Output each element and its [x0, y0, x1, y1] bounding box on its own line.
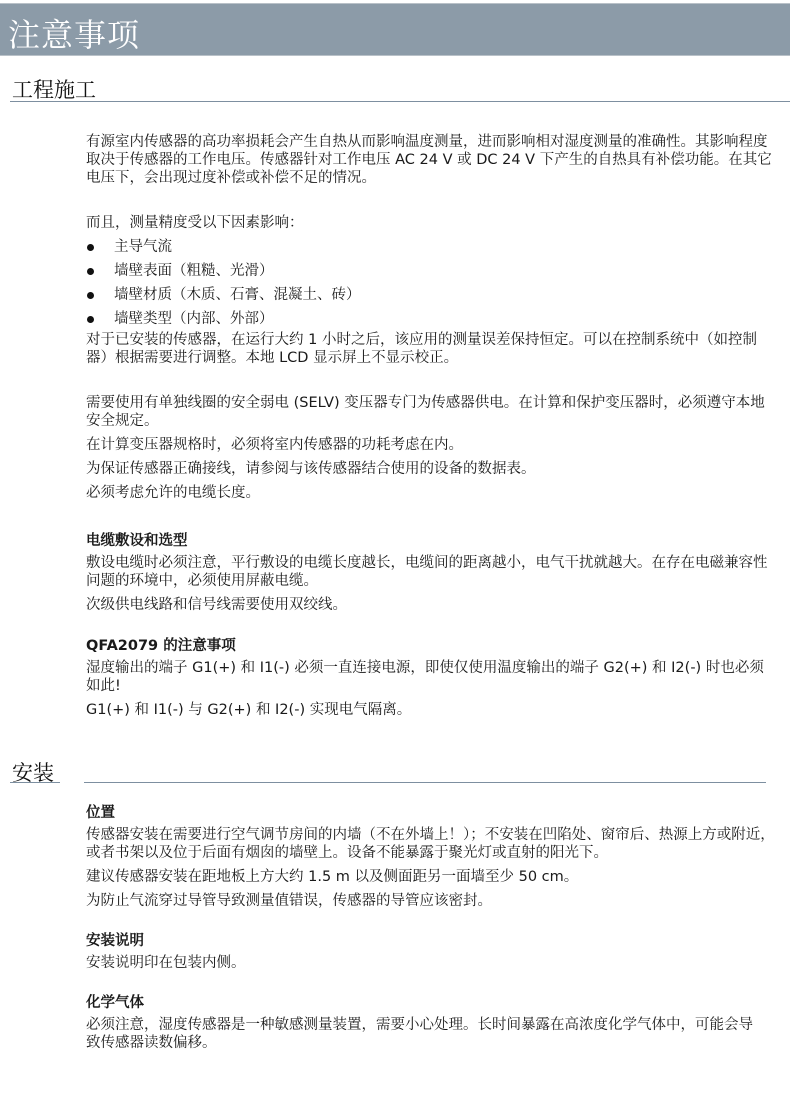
paragraph: 次级供电线路和信号线需要使用双绞线。 — [86, 596, 776, 614]
paragraph: 而且，测量精度受以下因素影响： — [86, 214, 776, 232]
paragraph: 敷设电缆时必须注意，平行敷设的电缆长度越长，电缆间的距离越小，电气干扰就越大。在… — [86, 554, 776, 590]
page-banner: 注意事项 — [0, 3, 790, 56]
subheading-location: 位置 — [86, 804, 776, 822]
paragraph: 湿度输出的端子 G1(+) 和 I1(-) 必须一直连接电源，即使仅使用温度输出… — [86, 659, 776, 695]
section-heading-engineering: 工程施工 — [12, 74, 96, 104]
paragraph: 安装说明印在包装内侧。 — [86, 954, 776, 972]
paragraph: G1(+) 和 I1(-) 与 G2(+) 和 I2(-) 实现电气隔离。 — [86, 701, 776, 719]
section-heading-underline — [10, 782, 60, 783]
paragraph: 建议传感器安装在距地板上方大约 1.5 m 以及侧面距另一面墙至少 50 cm。 — [86, 868, 776, 886]
subheading-cable: 电缆敷设和选型 — [86, 532, 776, 550]
paragraph: 在计算变压器规格时，必须将室内传感器的功耗考虑在内。 — [86, 436, 776, 454]
list-item: 墙壁类型（内部、外部） — [86, 307, 776, 331]
bullet-icon — [87, 292, 94, 299]
paragraph: 为防止气流穿过导管导致测量值错误，传感器的导管应该密封。 — [86, 892, 776, 910]
section-divider — [84, 782, 766, 783]
paragraph: 传感器安装在需要进行空气调节房间的内墙（不在外墙上！）；不安装在凹陷处、窗帘后、… — [86, 826, 776, 862]
list-item-label: 墙壁类型（内部、外部） — [114, 311, 274, 327]
engineering-content: 有源室内传感器的高功率损耗会产生自热从而影响温度测量，进而影响相对湿度测量的准确… — [86, 133, 776, 719]
list-item: 主导气流 — [86, 235, 776, 259]
page-title: 注意事项 — [8, 10, 140, 56]
paragraph: 有源室内传感器的高功率损耗会产生自热从而影响温度测量，进而影响相对湿度测量的准确… — [86, 133, 776, 187]
factor-list: 主导气流 墙壁表面（粗糙、光滑） 墙壁材质（木质、石膏、混凝土、砖） 墙壁类型（… — [86, 235, 776, 331]
subheading-chemical: 化学气体 — [86, 994, 776, 1012]
paragraph: 必须考虑允许的电缆长度。 — [86, 484, 776, 502]
list-item: 墙壁材质（木质、石膏、混凝土、砖） — [86, 283, 776, 307]
subheading-instructions: 安装说明 — [86, 932, 776, 950]
installation-content: 位置 传感器安装在需要进行空气调节房间的内墙（不在外墙上！）；不安装在凹陷处、窗… — [86, 804, 776, 1052]
paragraph: 必须注意，湿度传感器是一种敏感测量装置，需要小心处理。长时间暴露在高浓度化学气体… — [86, 1016, 756, 1052]
list-item: 墙壁表面（粗糙、光滑） — [86, 259, 776, 283]
bullet-icon — [87, 244, 94, 251]
subheading-qfa2079: QFA2079 的注意事项 — [86, 637, 776, 655]
bullet-icon — [87, 316, 94, 323]
list-item-label: 主导气流 — [114, 239, 172, 255]
paragraph: 为保证传感器正确接线，请参阅与该传感器结合使用的设备的数据表。 — [86, 460, 776, 478]
paragraph: 对于已安装的传感器，在运行大约 1 小时之后，该应用的测量误差保持恒定。可以在控… — [86, 331, 776, 367]
list-item-label: 墙壁材质（木质、石膏、混凝土、砖） — [114, 287, 361, 303]
list-item-label: 墙壁表面（粗糙、光滑） — [114, 263, 274, 279]
paragraph: 需要使用有单独线圈的安全弱电 (SELV) 变压器专门为传感器供电。在计算和保护… — [86, 394, 776, 430]
section-divider — [10, 101, 790, 102]
bullet-icon — [87, 268, 94, 275]
